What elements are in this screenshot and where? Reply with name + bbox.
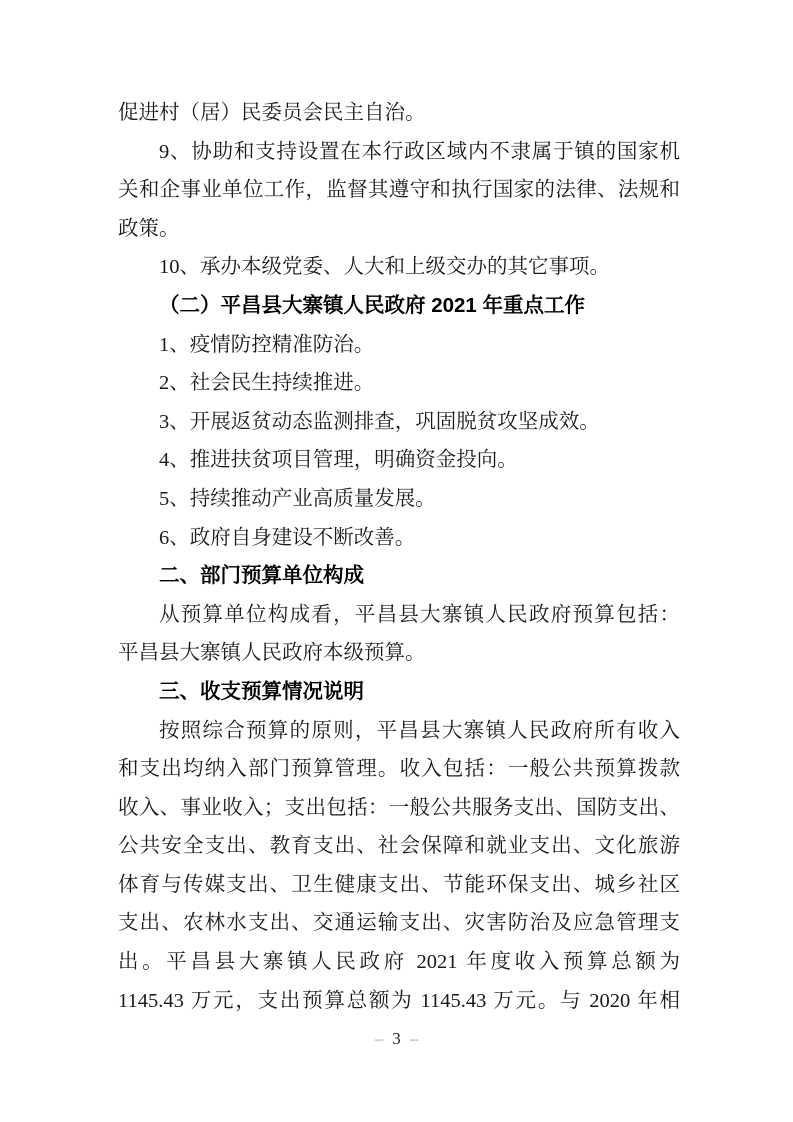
body-text-line: 1145.43 万元，支出预算总额为 1145.43 万元。与 2020 年相 bbox=[118, 982, 680, 1021]
body-text-line: 关和企事业单位工作，监督其遵守和执行国家的法律、法规和 bbox=[118, 171, 680, 210]
body-text-line: 平昌县大寨镇人民政府本级预算。 bbox=[118, 634, 680, 673]
body-text-line: 9、协助和支持设置在本行政区域内不隶属于镇的国家机 bbox=[118, 133, 680, 172]
body-text-line: 2、社会民生持续推进。 bbox=[118, 364, 680, 403]
body-text-line: 支出、农林水支出、交通运输支出、灾害防治及应急管理支 bbox=[118, 904, 680, 943]
body-text-line: 从预算单位构成看，平昌县大寨镇人民政府预算包括： bbox=[118, 596, 680, 635]
page-number-dash-left: – bbox=[375, 1029, 384, 1048]
body-text-line: 和支出均纳入部门预算管理。收入包括：一般公共预算拨款 bbox=[118, 750, 680, 789]
body-text-line: 3、开展返贫动态监测排查，巩固脱贫攻坚成效。 bbox=[118, 403, 680, 442]
page-body: 促进村（居）民委员会民主自治。9、协助和支持设置在本行政区域内不隶属于镇的国家机… bbox=[118, 94, 680, 1020]
body-text-line: 出。平昌县大寨镇人民政府 2021 年度收入预算总额为 bbox=[118, 943, 680, 982]
body-text-line: 收入、事业收入；支出包括：一般公共服务支出、国防支出、 bbox=[118, 789, 680, 828]
section-heading-line: 二、部门预算单位构成 bbox=[118, 557, 680, 596]
body-text-line: 公共安全支出、教育支出、社会保障和就业支出、文化旅游 bbox=[118, 827, 680, 866]
body-text-line: 1、疫情防控精准防治。 bbox=[118, 326, 680, 365]
section-heading-line: （二）平昌县大寨镇人民政府 2021 年重点工作 bbox=[118, 287, 680, 326]
body-text-line: 体育与传媒支出、卫生健康支出、节能环保支出、城乡社区 bbox=[118, 866, 680, 905]
document-page: 促进村（居）民委员会民主自治。9、协助和支持设置在本行政区域内不隶属于镇的国家机… bbox=[0, 0, 793, 1122]
page-number: –3– bbox=[0, 1026, 793, 1052]
body-text-line: 5、持续推动产业高质量发展。 bbox=[118, 480, 680, 519]
body-text-line: 按照综合预算的原则，平昌县大寨镇人民政府所有收入 bbox=[118, 712, 680, 751]
body-text-line: 政策。 bbox=[118, 210, 680, 249]
body-text-line: 10、承办本级党委、人大和上级交办的其它事项。 bbox=[118, 248, 680, 287]
page-number-value: 3 bbox=[392, 1029, 401, 1048]
body-text-line: 4、推进扶贫项目管理，明确资金投向。 bbox=[118, 441, 680, 480]
body-text-line: 促进村（居）民委员会民主自治。 bbox=[118, 94, 680, 133]
section-heading-line: 三、收支预算情况说明 bbox=[118, 673, 680, 712]
page-number-dash-right: – bbox=[410, 1029, 419, 1048]
body-text-line: 6、政府自身建设不断改善。 bbox=[118, 519, 680, 558]
